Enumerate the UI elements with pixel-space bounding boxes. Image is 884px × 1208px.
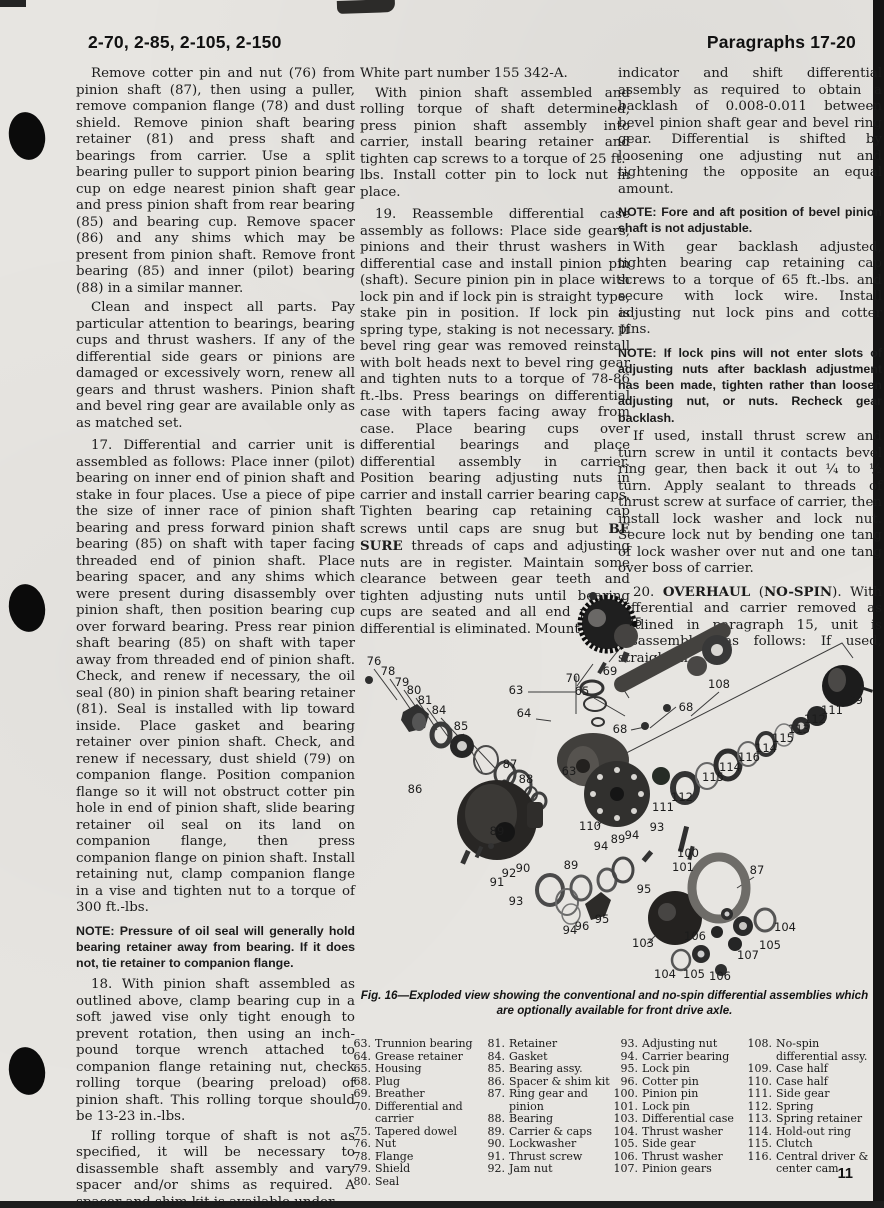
callout-label: 110 (579, 819, 601, 833)
callout-label: 108 (708, 677, 730, 691)
callout-label: 106 (684, 929, 706, 943)
parts-list-item: 92.Jam nut (479, 1163, 615, 1176)
paragraph: NOTE: If lock pins will not enter slots … (618, 345, 882, 426)
callout-label: 89 (490, 824, 505, 838)
callout-label: 105 (683, 967, 705, 981)
paragraph: NOTE: Fore and aft position of bevel pin… (618, 204, 882, 237)
callout-label: 104 (774, 920, 796, 934)
callout-label: 115 (702, 770, 724, 784)
callout-label: 84 (432, 703, 447, 717)
callout-label: 96 (575, 919, 590, 933)
parts-list-column-1: 63.Trunnion bearing64.Grease retainer65.… (345, 1038, 476, 1188)
callout-label: 93 (650, 820, 665, 834)
callout-label: 75 (628, 615, 643, 629)
callout-label: 85 (454, 719, 469, 733)
callout-label: 91 (490, 875, 505, 889)
callout-label: 87 (750, 863, 765, 877)
callout-label: 89 (611, 832, 626, 846)
callout-label: 86 (408, 782, 423, 796)
callout-label: 76 (367, 654, 382, 668)
paragraph: If used, install thrust screw and turn s… (618, 429, 882, 578)
callout-label: 69 (603, 664, 618, 678)
callout-label: 112 (671, 790, 693, 804)
callout-label: 116 (738, 750, 760, 764)
callout-label: 103 (632, 936, 654, 950)
paragraph: indicator and shift differential assembl… (618, 66, 882, 198)
paragraph: With gear backlash adjusted, tighten bea… (618, 240, 882, 339)
callout-label: 87 (503, 757, 518, 771)
parts-list-item: 108.No-spin differential assy. (746, 1038, 884, 1063)
header-models: 2-70, 2-85, 2-105, 2-150 (88, 32, 282, 53)
callout-label: 78 (381, 664, 396, 678)
callout-label: 63 (562, 764, 577, 778)
callout-label: 105 (759, 938, 781, 952)
callout-label: 81 (418, 693, 433, 707)
parts-list-item: 107.Pinion gears (612, 1163, 743, 1176)
text-column-1: Remove cotter pin and nut (76) from pini… (76, 66, 355, 1208)
callout-label: 88 (519, 772, 534, 786)
callout-label: 68 (613, 722, 628, 736)
callout-label: 101 (672, 860, 694, 874)
scan-smudge (337, 0, 395, 14)
manual-page: 2-70, 2-85, 2-105, 2-150 Paragraphs 17-2… (0, 0, 884, 1208)
paragraph: Clean and inspect all parts. Pay particu… (76, 300, 355, 432)
hole-punch (5, 1044, 49, 1098)
callout-label: 93 (509, 894, 524, 908)
text-column-2: White part number 155 342-A.With pinion … (360, 66, 630, 638)
callout-label: 70 (566, 671, 581, 685)
parts-list-item: 87.Ring gear and pinion (479, 1088, 615, 1113)
header-paragraphs: Paragraphs 17-20 (707, 32, 856, 53)
callout-label: 64 (517, 706, 532, 720)
callout-label: 109 (841, 693, 863, 707)
callout-label: 104 (654, 967, 676, 981)
callout-label: 89 (564, 858, 579, 872)
scan-corner (0, 0, 26, 7)
callout-label: 107 (737, 948, 759, 962)
parts-list-column-2: 81.Retainer84.Gasket85.Bearing assy.86.S… (479, 1038, 615, 1176)
parts-list-item: 80.Seal (345, 1176, 476, 1189)
callout-label: 100 (677, 846, 699, 860)
callout-label: 95 (637, 882, 652, 896)
parts-list-item: 65.Housing (345, 1063, 476, 1076)
parts-list-column-4: 108.No-spin differential assy.109.Case h… (746, 1038, 884, 1176)
paragraph: If rolling torque of shaft is not as spe… (76, 1129, 355, 1208)
callout-label: 106 (709, 969, 731, 983)
paragraph: With pinion shaft assembled and rolling … (360, 86, 630, 202)
paragraph: 18. With pinion shaft assembled as outli… (76, 977, 355, 1126)
callout-label: 94 (625, 828, 640, 842)
parts-list-column-3: 93.Adjusting nut94.Carrier bearing95.Loc… (612, 1038, 743, 1176)
callout-label: 95 (595, 912, 610, 926)
paragraph: Remove cotter pin and nut (76) from pini… (76, 66, 355, 297)
page-number: 11 (838, 1166, 853, 1182)
callout-label: 90 (516, 861, 531, 875)
parts-list-item: 116.Central driver & center cam (746, 1151, 884, 1176)
callout-label: 68 (679, 700, 694, 714)
callout-label: 94 (594, 839, 609, 853)
exploded-view-figure: 7678798081848586878863647065697568686310… (345, 588, 884, 986)
paragraph: 19. Reassemble differential case assembl… (360, 207, 630, 638)
callout-label: 65 (575, 684, 590, 698)
parts-list-item: 79.Shield (345, 1163, 476, 1176)
hole-punch (5, 581, 49, 635)
callout-label: 63 (509, 683, 524, 697)
paragraph: White part number 155 342-A. (360, 66, 630, 83)
parts-list-item: 111.Side gear (746, 1088, 884, 1101)
hole-punch (5, 109, 49, 163)
parts-list-item: 70.Differential and carrier (345, 1101, 476, 1126)
paragraph: 17. Differential and carrier unit is ass… (76, 438, 355, 917)
figure-caption: Fig. 16—Exploded view showing the conven… (345, 989, 884, 1018)
text-column-3: indicator and shift differential assembl… (618, 66, 882, 667)
paragraph: NOTE: Pressure of oil seal will generall… (76, 923, 355, 972)
